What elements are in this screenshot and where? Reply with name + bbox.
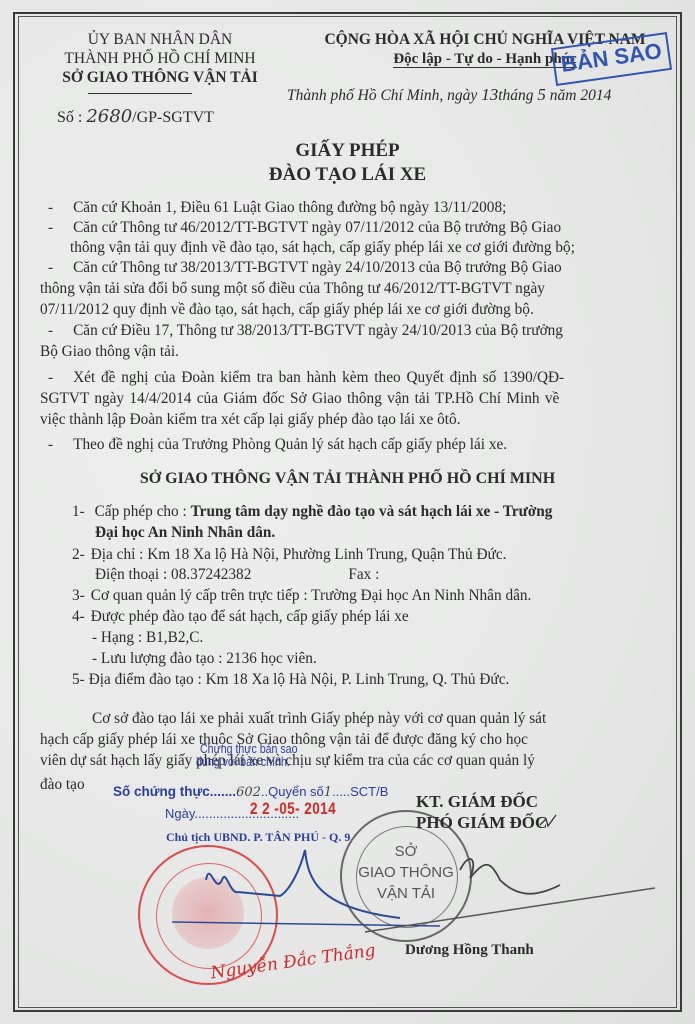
signature-strokes-icon <box>0 0 695 1024</box>
